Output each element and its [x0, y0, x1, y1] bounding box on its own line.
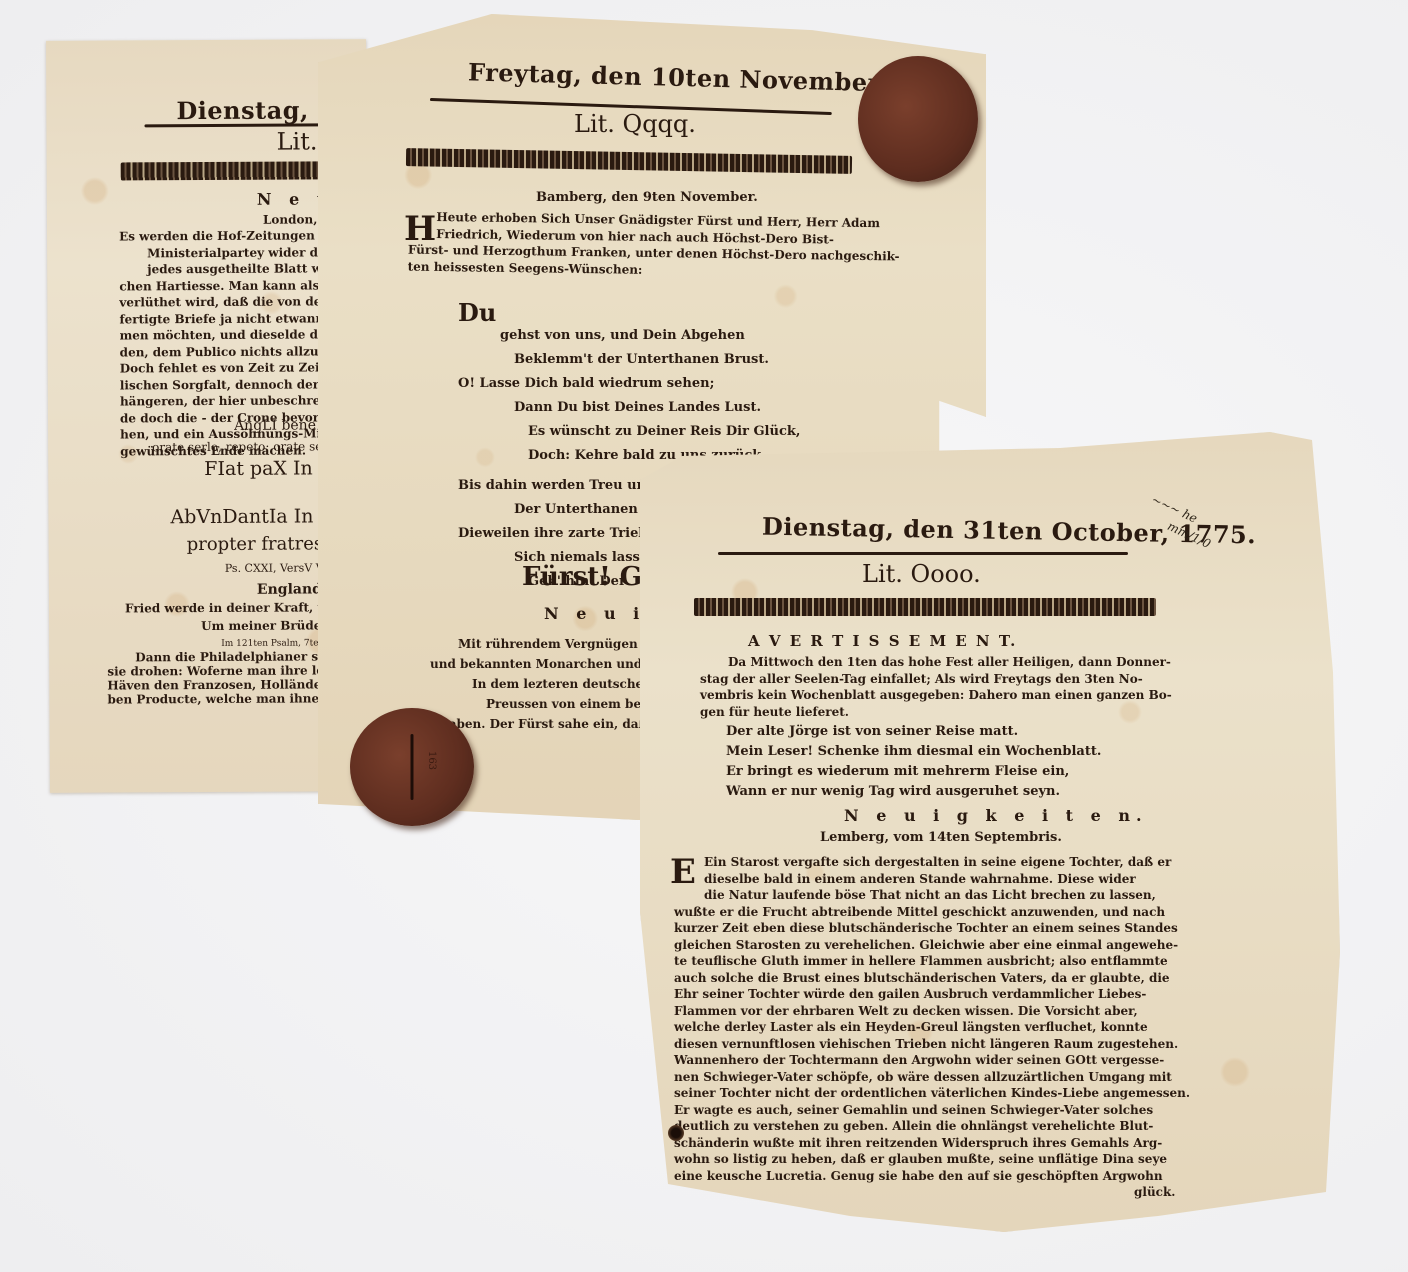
dateline: Lemberg, vom 14ten Septembris. [820, 830, 1062, 847]
latin-line: FIat paX In V [204, 457, 332, 480]
notice-body: Da Mittwoch den 1ten das hohe Fest aller… [700, 654, 1172, 720]
section-title: N e u i g k e i t e n. [844, 806, 1148, 825]
notice-title: A V E R T I S S E M E N T. [748, 632, 1017, 650]
dateline: Bamberg, den 9ten November. [536, 190, 758, 207]
seal-slit [411, 734, 414, 800]
lit-number: Lit. Oooo. [862, 560, 981, 588]
wax-seal-top [858, 56, 978, 182]
seal-marking: 163 [426, 751, 437, 770]
latin-line: Ps. CXXI, VersV V [225, 561, 324, 575]
latin-line: AbVnDantIa In tV [170, 505, 340, 528]
header-rule [718, 552, 1128, 555]
article-body: Ein Starost vergafte sich dergestalten i… [674, 854, 1190, 1201]
newspaper-sheet-right: Dienstag, den 31ten October, 1775. Lit. … [640, 432, 1340, 1232]
ornament-border [694, 598, 1156, 616]
latin-line: propter fratres, [187, 533, 329, 555]
ornament-border [406, 148, 852, 174]
wax-seal-bottom: 163 [350, 708, 474, 826]
article-body: Heute erhoben Sich Unser Gnädigster Fürs… [408, 209, 901, 282]
lit-number: Lit. [276, 127, 317, 155]
latin-line: AngLI bene [234, 417, 316, 433]
poem-initial: Du [458, 298, 496, 327]
notice-verse: Der alte Jörge ist von seiner Reise matt… [726, 722, 1101, 802]
exclamation-heading: Fürst! Gr [522, 562, 656, 592]
paper-hole [668, 1125, 684, 1141]
lit-number: Lit. Qqqq. [574, 110, 696, 138]
latin-line: orate serlo, repeto: orate se [152, 439, 322, 454]
